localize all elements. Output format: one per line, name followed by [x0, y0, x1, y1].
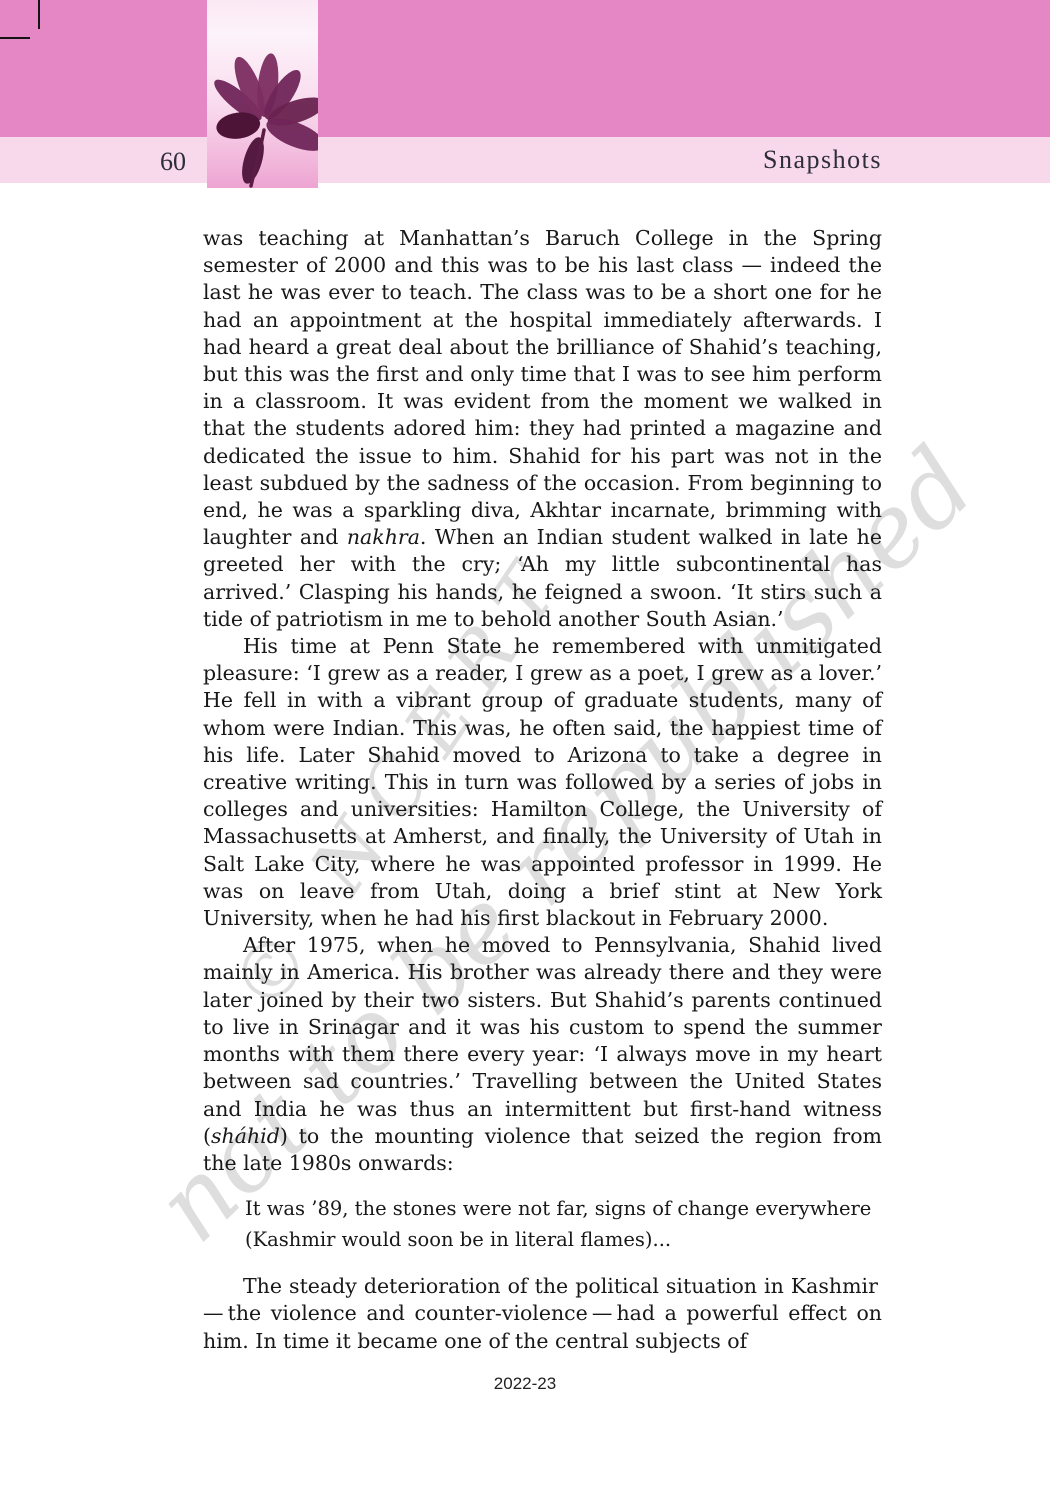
text-run: The steady deterioration of the politica… — [203, 1274, 882, 1352]
verse-line: (Kashmir would soon be in literal flames… — [245, 1224, 882, 1255]
textbook-page: 60 Snapshots © NCERT not to be republish… — [0, 0, 1050, 1500]
text-run: After 1975, when he moved to Pennsylvani… — [203, 933, 882, 1147]
page-footer: 2022-23 — [0, 1374, 1050, 1394]
paragraph: His time at Penn State he remembered wit… — [203, 633, 882, 932]
crop-mark-horizontal — [0, 37, 30, 39]
paragraph: After 1975, when he moved to Pennsylvani… — [203, 932, 882, 1177]
edition-year: 2022-23 — [494, 1374, 556, 1393]
verse-quote: It was ’89, the stones were not far, sig… — [245, 1193, 882, 1255]
crop-mark-vertical — [38, 0, 40, 29]
text-run: was teaching at Manhattan’s Baruch Colle… — [203, 226, 882, 549]
header-band — [0, 0, 1050, 137]
text-run: His time at Penn State he remembered wit… — [203, 634, 882, 930]
header-subband — [0, 137, 1050, 183]
text-run: ) to the mounting violence that seized t… — [203, 1124, 882, 1175]
flower-image — [207, 0, 318, 188]
page-number: 60 — [160, 147, 186, 177]
body-text: was teaching at Manhattan’s Baruch Colle… — [203, 225, 882, 1355]
paragraph: was teaching at Manhattan’s Baruch Colle… — [203, 225, 882, 633]
italic-term: nakhra — [347, 525, 420, 549]
flower-strip — [207, 0, 318, 188]
italic-term: sháhid — [211, 1124, 280, 1148]
book-title: Snapshots — [763, 145, 882, 175]
verse-line: It was ’89, the stones were not far, sig… — [245, 1193, 882, 1224]
paragraph: The steady deterioration of the politica… — [203, 1273, 882, 1355]
